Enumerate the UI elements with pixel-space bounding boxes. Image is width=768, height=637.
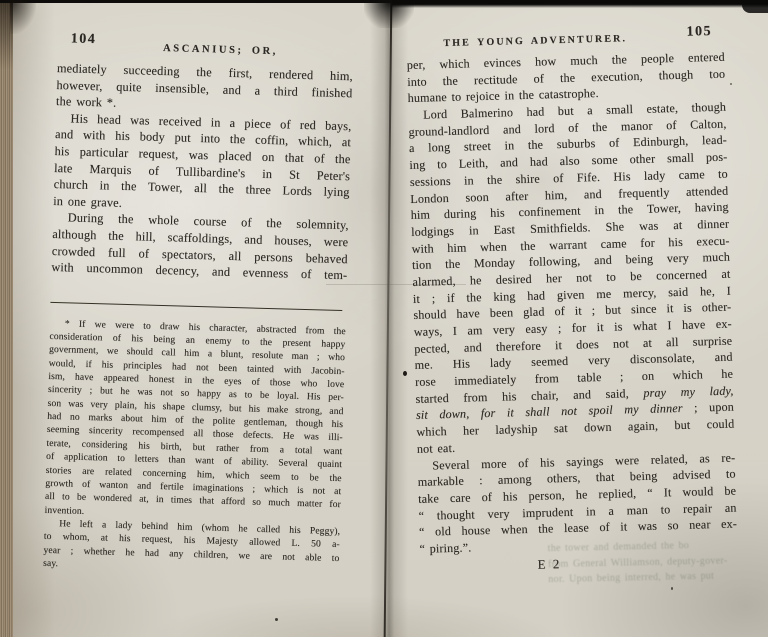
- body-text-left: mediately succeeding the first, rendered…: [51, 60, 353, 284]
- book-fore-edge: [0, 0, 13, 637]
- running-header-right: THE YOUNG ADVENTURER.: [416, 33, 654, 50]
- ink-speck: [730, 83, 732, 85]
- bleedthrough-text: the tower and demanded the bofrom Genera…: [548, 537, 751, 588]
- ink-speck: [671, 587, 673, 590]
- page-left: 104 ASCANIUS; OR, mediately succeeding t…: [43, 30, 354, 578]
- page-number-right: 105: [686, 24, 712, 41]
- page-number-left: 104: [71, 31, 97, 48]
- ink-speck: [275, 618, 278, 621]
- photo-top-edge-right: [392, 0, 768, 8]
- photo-top-left-corner: [10, 0, 36, 34]
- footnote-rule: [50, 302, 342, 311]
- ink-speck: [403, 371, 407, 376]
- page-right: THE YOUNG ADVENTURER. 105 per, which evi…: [406, 26, 738, 576]
- photo-top-edge-left: [0, 0, 392, 3]
- body-text-right: per, which evinces how much the people e…: [407, 49, 738, 558]
- photo-top-right-corner: [742, 0, 768, 13]
- footnote-left: * If we were to draw his character, abst…: [43, 317, 346, 579]
- book-photo: 104 ASCANIUS; OR, mediately succeeding t…: [0, 0, 768, 637]
- running-header-left: ASCANIUS; OR,: [97, 41, 343, 59]
